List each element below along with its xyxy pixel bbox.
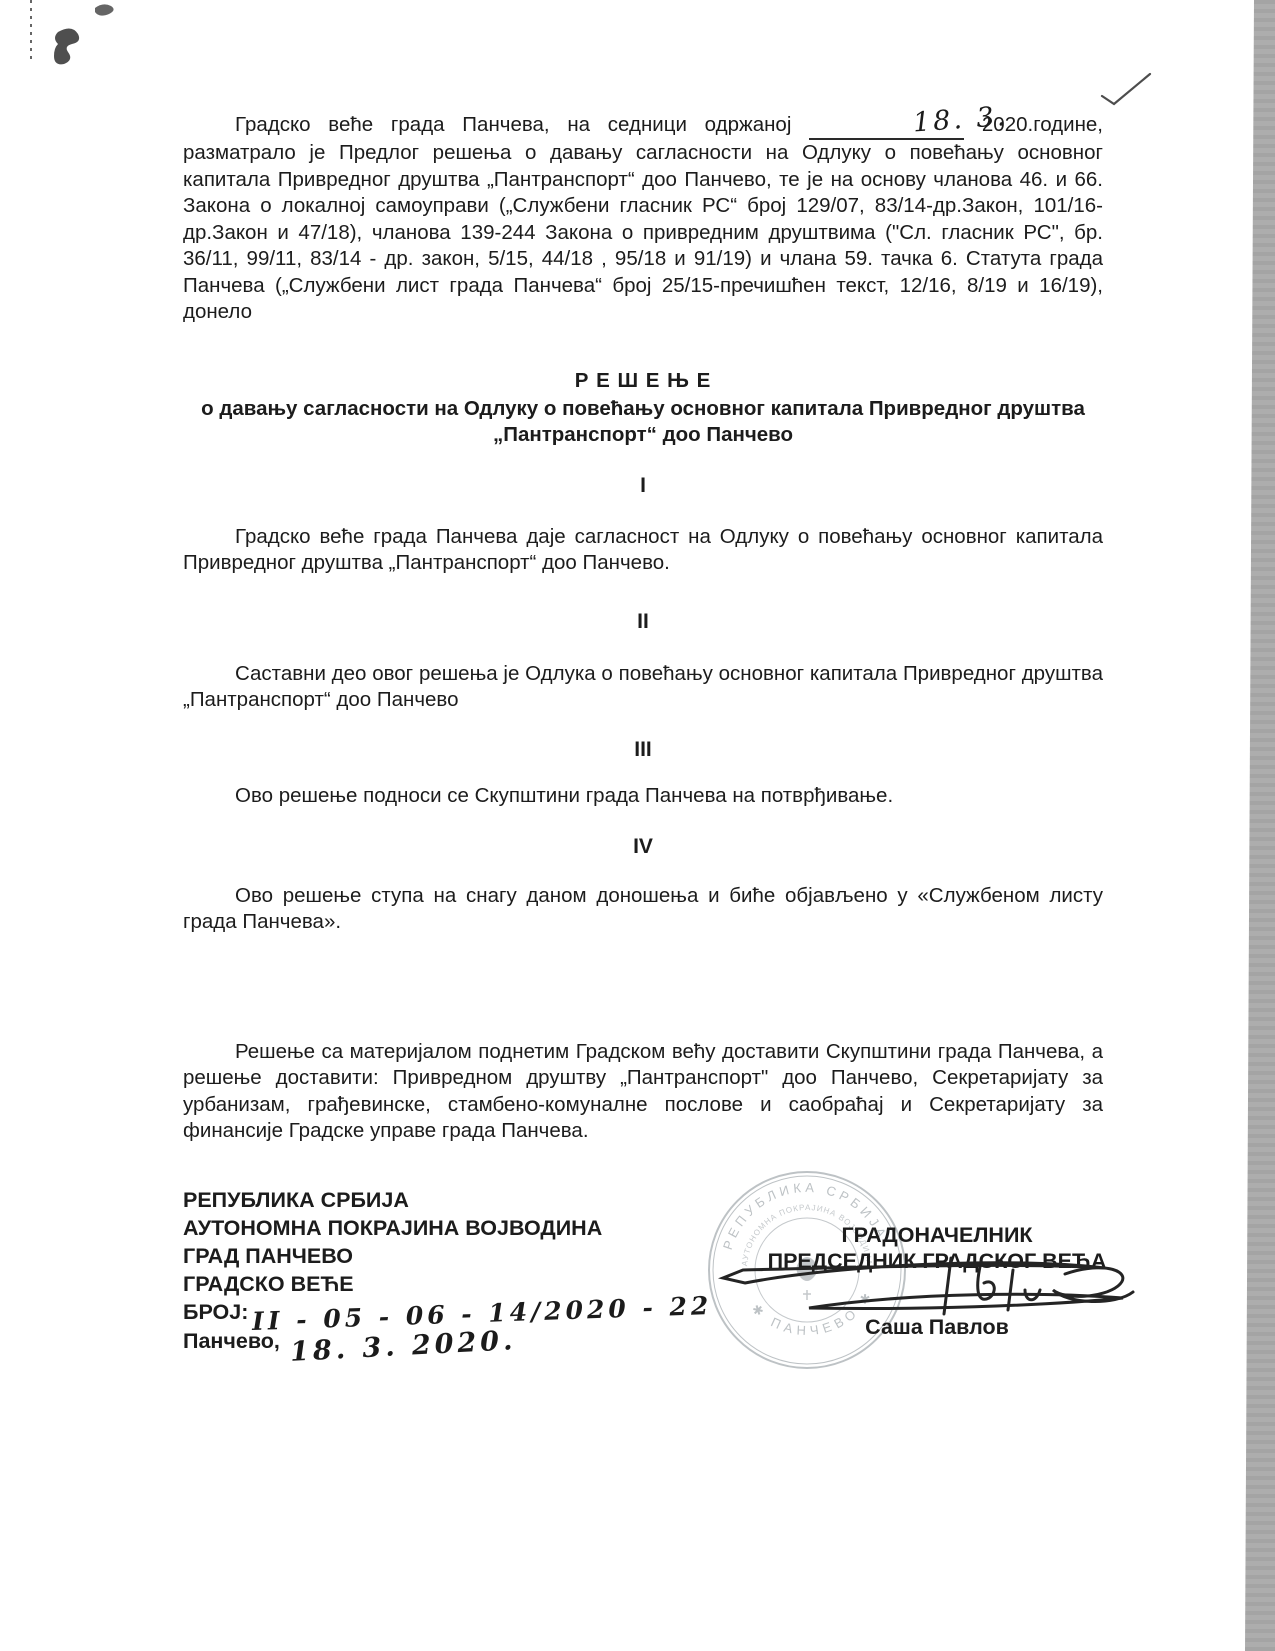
section-numeral-4: IV	[183, 834, 1103, 861]
pen-tick-mark-icon	[1098, 66, 1158, 111]
case-number-label: БРОЈ:	[183, 1300, 248, 1324]
issuer-line-republic: РЕПУБЛИКА СРБИЈА	[183, 1186, 743, 1214]
section-numeral-2: II	[183, 609, 1103, 636]
intro-text-before-date: Градско веће града Панчева, на седници о…	[235, 113, 791, 136]
session-date-underline: 18. 3.	[809, 109, 964, 141]
issuer-line-city: ГРАД ПАНЧЕВО	[183, 1242, 743, 1270]
handwritten-signature	[713, 1238, 1145, 1338]
scanned-document-page: Градско веће града Панчева, на седници о…	[0, 0, 1275, 1651]
section-numeral-3: III	[183, 737, 1103, 764]
scan-edge-band	[1245, 0, 1275, 1651]
issuer-block: РЕПУБЛИКА СРБИЈА АУТОНОМНА ПОКРАЈИНА ВОЈ…	[183, 1186, 743, 1355]
case-number-line: БРОЈ:II - 05 - 06 - 14/2020 - 22	[183, 1298, 743, 1326]
issuer-line-province: АУТОНОМНА ПОКРАЈИНА ВОЈВОДИНА	[183, 1214, 743, 1242]
intro-text-after-date: 2020.године, разматрало је Предлог решењ…	[183, 113, 1103, 324]
closing-paragraph: Решење са материјалом поднетим Градском …	[183, 1039, 1103, 1145]
ink-smudge-icon	[40, 0, 160, 80]
section-paragraph-1: Градско веће града Панчева даје сагласно…	[183, 524, 1103, 577]
scan-dotted-edge	[30, 0, 32, 60]
decision-title: Р Е Ш Е Њ Е	[183, 368, 1103, 395]
section-paragraph-3: Ово решење подноси се Скупштини града Па…	[183, 783, 1103, 810]
section-numeral-1: I	[183, 473, 1103, 500]
intro-paragraph: Градско веће града Панчева, на седници о…	[183, 109, 1103, 326]
decision-subtitle: о давању сагласности на Одлуку о повећањ…	[183, 396, 1103, 449]
section-paragraph-4: Ово решење ступа на снагу даном доношења…	[183, 883, 1103, 936]
section-paragraph-2: Саставни део овог решења је Одлука о пов…	[183, 661, 1103, 714]
